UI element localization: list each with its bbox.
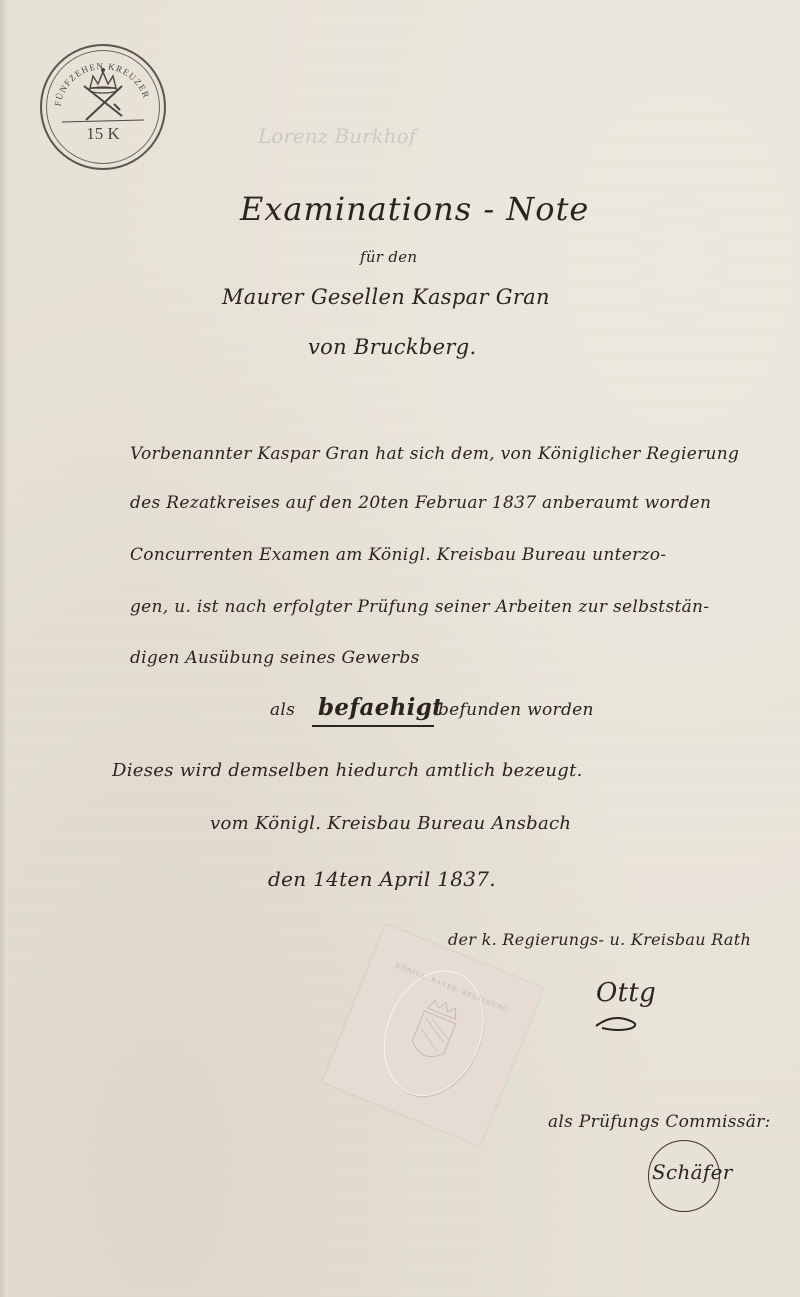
page-edge [0, 0, 8, 1297]
official-signature: Ottg [596, 978, 656, 1008]
body-line: des Rezatkreises auf den 20ten Februar 1… [130, 493, 711, 513]
stamp-value: 15 K [42, 124, 164, 144]
body-line: Vorbenannter Kaspar Gran hat sich dem, v… [130, 444, 739, 464]
body-line: gen, u. ist nach erfolgter Prüfung seine… [130, 597, 709, 617]
official-title: der k. Regierungs- u. Kreisbau Rath [448, 930, 751, 949]
signature-flourish-icon [592, 1006, 652, 1032]
subtitle-line: für den [360, 248, 417, 266]
date-line: den 14ten April 1837. [268, 867, 496, 891]
verdict-word: befaehigt [318, 694, 443, 721]
body-line: digen Ausübung seines Gewerbs [130, 648, 420, 668]
verdict-underline [312, 725, 434, 727]
crown-and-swords-icon: FÜNFZEHEN KREUZER [42, 46, 164, 168]
verdict-prefix: als [270, 700, 295, 720]
verdict-suffix: befunden worden [438, 700, 594, 720]
closing-line: vom Königl. Kreisbau Bureau Ansbach [210, 813, 571, 834]
subtitle-line: Maurer Gesellen Kaspar Gran [222, 285, 550, 309]
bleedthrough-text: Lorenz Burkhof [258, 124, 416, 148]
body-line: Concurrenten Examen am Königl. Kreisbau … [130, 545, 666, 565]
closing-line: Dieses wird demselben hiedurch amtlich b… [112, 760, 583, 781]
revenue-stamp: FÜNFZEHEN KREUZER 15 K [40, 44, 166, 170]
document-title: Examinations - Note [240, 190, 589, 228]
commission-signature: Schäfer [652, 1160, 733, 1184]
subtitle-line: von Bruckberg. [308, 335, 476, 359]
commission-label: als Prüfungs Commissär: [548, 1112, 771, 1132]
